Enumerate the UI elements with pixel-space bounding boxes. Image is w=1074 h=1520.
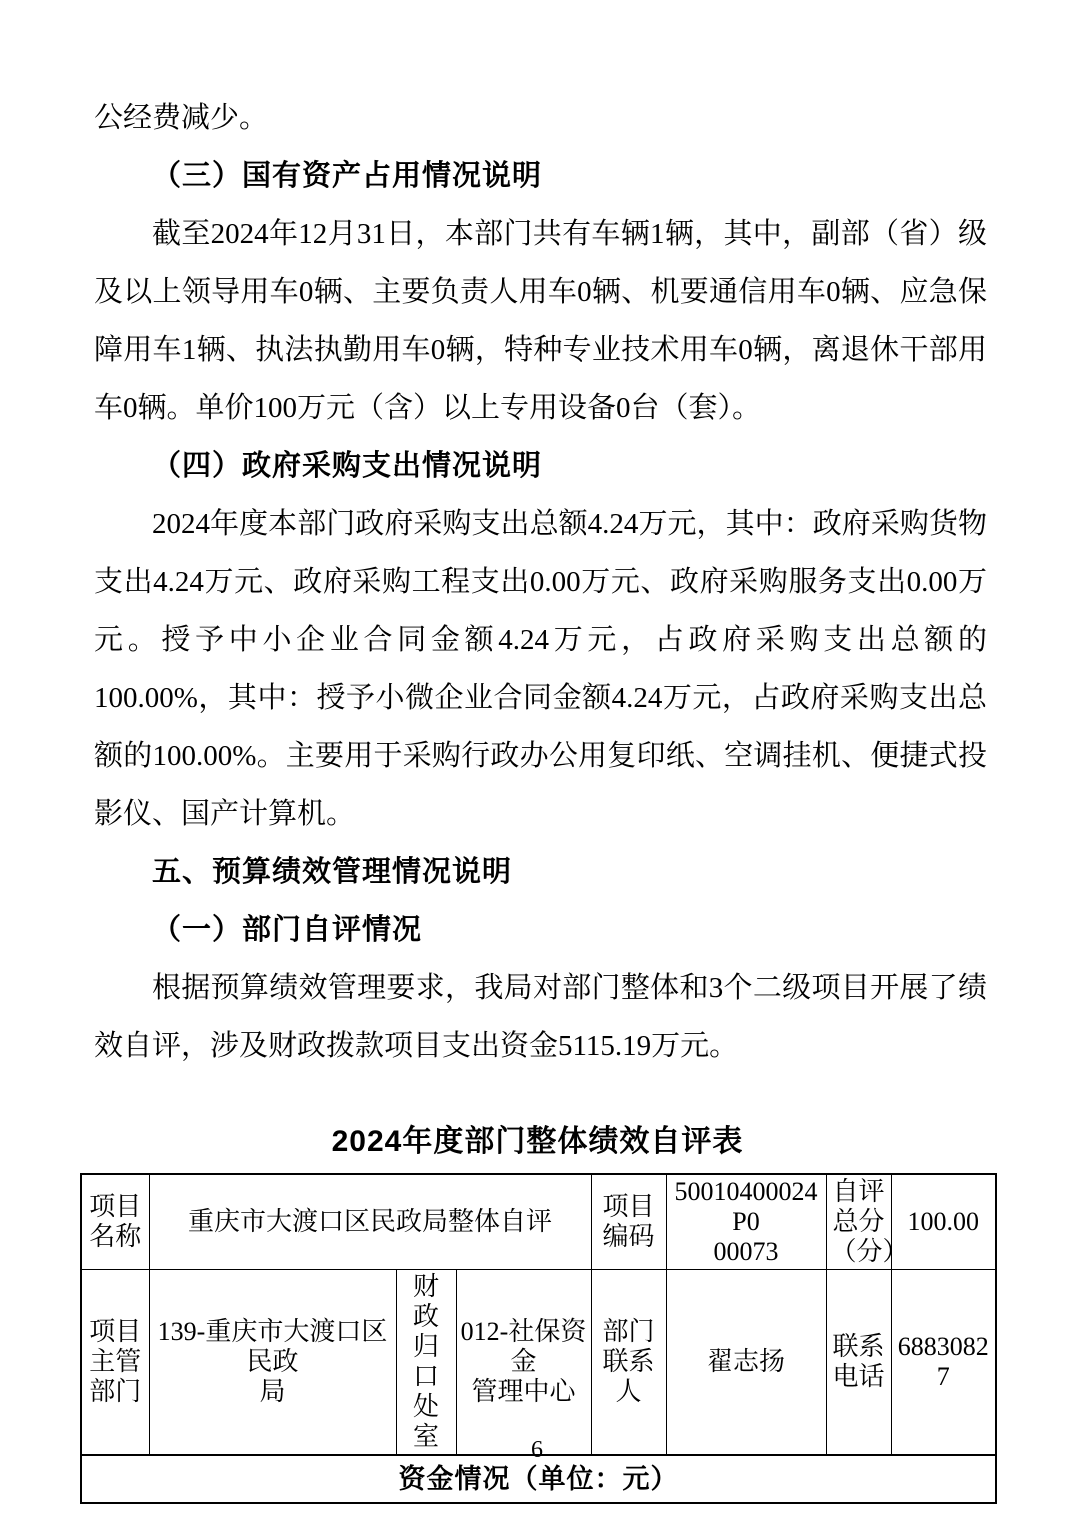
label-supervising-dept: 项目 主管 部门 (81, 1270, 149, 1456)
table-row: 项目 主管 部门 139-重庆市大渡口区民政 局 财政 归口 处室 012-社保… (81, 1270, 996, 1456)
label-project-code: 项目 编码 (591, 1174, 666, 1270)
table-title: 2024年度部门整体绩效自评表 (80, 1113, 995, 1171)
label-contact-phone: 联系 电话 (826, 1270, 891, 1456)
paragraph-self-eval: 根据预算绩效管理要求，我局对部门整体和3个二级项目开展了绩效自评，涉及财政拨款项… (80, 959, 995, 1075)
label-self-score: 自评 总分 （分） (826, 1174, 891, 1270)
paragraph-state-assets: 截至2024年12月31日，本部门共有车辆1辆，其中，副部（省）级及以上领导用车… (80, 205, 995, 437)
document-body: 公经费减少。 （三）国有资产占用情况说明 截至2024年12月31日，本部门共有… (80, 89, 995, 1504)
value-supervising-dept: 139-重庆市大渡口区民政 局 (149, 1270, 396, 1456)
heading-section-3: （三）国有资产占用情况说明 (80, 147, 995, 205)
heading-section-5: 五、预算绩效管理情况说明 (80, 843, 995, 901)
table-row: 项目 名称 重庆市大渡口区民政局整体自评 项目 编码 50010400024P0… (81, 1174, 996, 1270)
paragraph-procurement: 2024年度本部门政府采购支出总额4.24万元，其中：政府采购货物支出4.24万… (80, 495, 995, 843)
document-page: 公经费减少。 （三）国有资产占用情况说明 截至2024年12月31日，本部门共有… (0, 0, 1074, 1520)
heading-section-4: （四）政府采购支出情况说明 (80, 437, 995, 495)
heading-section-5-1: （一）部门自评情况 (80, 901, 995, 959)
paragraph-continuation: 公经费减少。 (80, 89, 995, 147)
page-number: 6 (0, 1437, 1074, 1464)
value-contact-phone: 68830827 (891, 1270, 996, 1456)
label-project-name: 项目 名称 (81, 1174, 149, 1270)
value-project-code: 50010400024P0 00073 (666, 1174, 826, 1270)
value-dept-contact: 翟志扬 (666, 1270, 826, 1456)
value-project-name: 重庆市大渡口区民政局整体自评 (149, 1174, 591, 1270)
label-dept-contact: 部门 联系人 (591, 1270, 666, 1456)
label-finance-office: 财政 归口 处室 (396, 1270, 456, 1456)
value-finance-office: 012-社保资金 管理中心 (456, 1270, 591, 1456)
